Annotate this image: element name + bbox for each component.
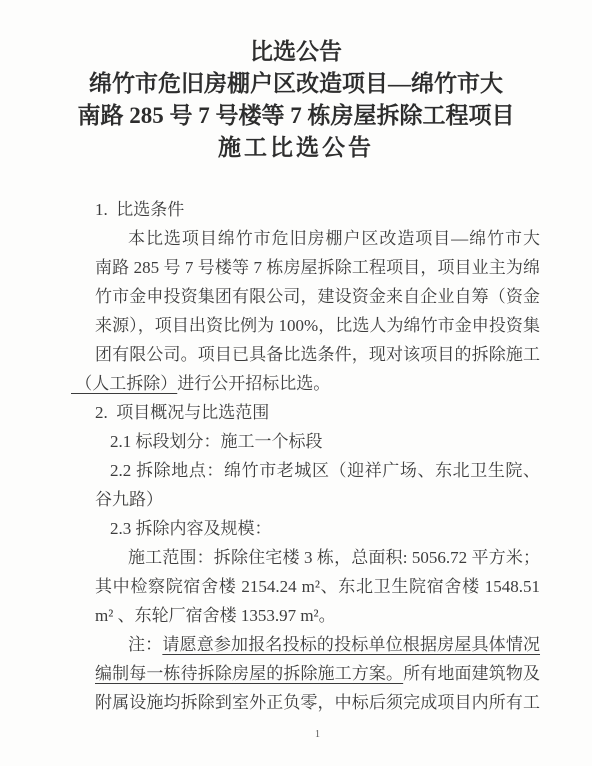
text-segment: 附属设施均拆除到室外正负零，中标后须完成项目内所有工 (95, 693, 540, 712)
text-line: m² 、东轮厂宿舍楼 1353.97 m²。 (95, 601, 540, 630)
text-segment: 注： (128, 635, 162, 654)
text-segment: m² 、东轮厂宿舍楼 1353.97 m²。 (95, 606, 336, 625)
underlined-text: （人工拆除） (71, 374, 177, 393)
text-segment: 谷九路） (95, 490, 163, 509)
underlined-text: 请愿意参加报名投标的投标单位根据房屋具体情况 (162, 635, 540, 654)
document-title: 比选公告 绵竹市危旧房棚户区改造项目—绵竹市大 南路 285 号 7 号楼等 7… (0, 0, 592, 164)
text-line: 竹市金申投资集团有限公司，建设资金来自企业自筹（资金 (95, 282, 540, 311)
text-line: （人工拆除）进行公开招标比选。 (95, 369, 540, 398)
text-line: 1. 比选条件 (95, 195, 540, 224)
text-line: 编制每一栋待拆除房屋的拆除施工方案。所有地面建筑物及 (95, 659, 540, 688)
text-segment: 2.2 拆除地点：绵竹市老城区（迎祥广场、东北卫生院、 (110, 461, 540, 480)
title-line-3: 南路 285 号 7 号楼等 7 栋房屋拆除工程项目 (0, 100, 592, 132)
text-segment: 2.3 拆除内容及规模： (110, 519, 272, 538)
text-segment: 本比选项目绵竹市危旧房棚户区改造项目—绵竹市大 (128, 229, 540, 248)
text-line: 谷九路） (95, 485, 540, 514)
text-line: 团有限公司。项目已具备比选条件，现对该项目的拆除施工 (95, 340, 540, 369)
text-line: 南路 285 号 7 号楼等 7 栋房屋拆除工程项目，项目业主为绵 (95, 253, 540, 282)
text-segment: 2.1 标段划分：施工一个标段 (110, 432, 323, 451)
document-body: 1. 比选条件本比选项目绵竹市危旧房棚户区改造项目—绵竹市大南路 285 号 7… (95, 195, 540, 717)
text-segment: 2. 项目概况与比选范围 (95, 403, 269, 422)
text-segment: 团有限公司。项目已具备比选条件，现对该项目的拆除施工 (95, 345, 540, 364)
title-line-1: 比选公告 (0, 36, 592, 68)
text-line: 2.1 标段划分：施工一个标段 (95, 427, 540, 456)
text-segment: 1. 比选条件 (95, 200, 184, 219)
text-line: 2.2 拆除地点：绵竹市老城区（迎祥广场、东北卫生院、 (95, 456, 540, 485)
text-segment: 进行公开招标比选。 (177, 374, 330, 393)
text-line: 2. 项目概况与比选范围 (95, 398, 540, 427)
title-line-4: 施工比选公告 (0, 132, 592, 164)
text-segment: 所有地面建筑物及 (403, 664, 540, 683)
document-page: 比选公告 绵竹市危旧房棚户区改造项目—绵竹市大 南路 285 号 7 号楼等 7… (0, 0, 592, 766)
text-segment: 南路 285 号 7 号楼等 7 栋房屋拆除工程项目，项目业主为绵 (95, 258, 540, 277)
page-number: 1 (95, 729, 540, 740)
text-line: 2.3 拆除内容及规模： (95, 514, 540, 543)
text-segment: 竹市金申投资集团有限公司，建设资金来自企业自筹（资金 (95, 287, 540, 306)
text-line: 本比选项目绵竹市危旧房棚户区改造项目—绵竹市大 (95, 224, 540, 253)
text-segment: 来源），项目出资比例为 100%，比选人为绵竹市金申投资集 (95, 316, 540, 335)
text-line: 来源），项目出资比例为 100%，比选人为绵竹市金申投资集 (95, 311, 540, 340)
text-segment: 其中检察院宿舍楼 2154.24 m²、东北卫生院宿舍楼 1548.51 (95, 577, 540, 596)
text-segment: 施工范围：拆除住宅楼 3 栋，总面积: 5056.72 平方米； (128, 548, 540, 567)
title-line-2: 绵竹市危旧房棚户区改造项目—绵竹市大 (0, 68, 592, 100)
text-line: 施工范围：拆除住宅楼 3 栋，总面积: 5056.72 平方米； (95, 543, 540, 572)
text-line: 注：请愿意参加报名投标的投标单位根据房屋具体情况 (95, 630, 540, 659)
text-line: 附属设施均拆除到室外正负零，中标后须完成项目内所有工 (95, 688, 540, 717)
text-line: 其中检察院宿舍楼 2154.24 m²、东北卫生院宿舍楼 1548.51 (95, 572, 540, 601)
underlined-text: 编制每一栋待拆除房屋的拆除施工方案。 (95, 664, 403, 683)
